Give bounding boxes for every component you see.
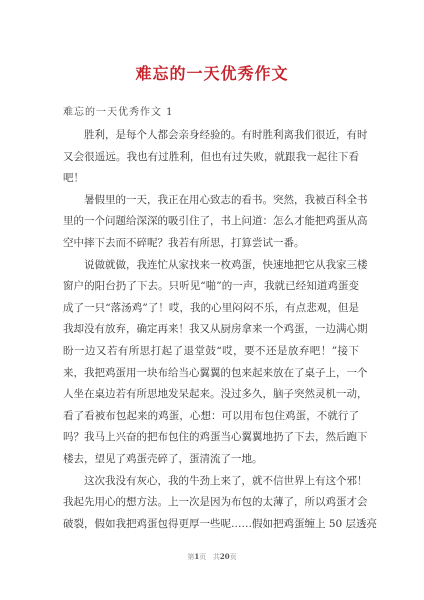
text-line: 成了一只“落汤鸡”了！哎，我的心里闷闷不乐，有点悲观，但是 — [63, 298, 359, 320]
document-title: 难忘的一天优秀作文 — [0, 61, 424, 84]
text-line: 楼去，望见了鸡蛋壳碎了，蛋清流了一地。 — [63, 449, 359, 471]
text-line: 破裂，假如我把鸡蛋包得更厚一些呢……假如把鸡蛋缠上 50 层透亮 — [63, 514, 359, 536]
essay-body: 胜利，是每个人都会亲身经验的。有时胜利离我们很近，有时又会很遥远。我也有过胜利，… — [63, 125, 359, 535]
page-unit: 页 — [199, 553, 206, 561]
text-line: 看了看被布包起来的鸡蛋，心想：可以用布包住鸡蛋，不就行了 — [63, 406, 359, 428]
text-line: 里的一个问题给深深的吸引住了，书上问道：怎么才能把鸡蛋从高 — [63, 211, 359, 233]
total-unit: 页 — [230, 553, 237, 561]
text-line: 窗户的阳台扔了下去。只听见“啪”的一声，我就已经知道鸡蛋变 — [63, 276, 359, 298]
essay-subheading: 难忘的一天优秀作文 1 — [63, 103, 174, 118]
text-line: 胜利，是每个人都会亲身经验的。有时胜利离我们很近，有时 — [63, 125, 359, 147]
text-line: 又会很遥远。我也有过胜利，但也有过失败，就跟我一起往下看 — [63, 147, 359, 169]
page-footer: 第1页 共20页 — [0, 552, 424, 562]
text-line: 这次我没有灰心，我的牛劲上来了，就不信世界上有这个邪！ — [63, 471, 359, 493]
total-prefix: 共 — [213, 553, 220, 561]
text-line: 暑假里的一天，我正在用心致志的看书。突然，我被百科全书 — [63, 190, 359, 212]
page-total: 20 — [220, 552, 230, 561]
text-line: 人坐在桌边若有所思地发呆起来。没过多久，脑子突然灵机一动， — [63, 384, 359, 406]
text-line: 我却没有放弃，确定再来！我又从厨房拿来一个鸡蛋，一边满心期 — [63, 319, 359, 341]
text-line: 来，我把鸡蛋用一块布给当心翼翼的包来起来放在了桌子上，一个 — [63, 363, 359, 385]
text-line: 说做就做，我连忙从家找来一枚鸡蛋，快速地把它从我家三楼 — [63, 255, 359, 277]
text-line: 我起先用心的想方法。上一次是因为布包的太薄了，所以鸡蛋才会 — [63, 492, 359, 514]
text-line: 盼一边又若有所思打起了退堂鼓“哎，要不还是放弃吧！”接下 — [63, 341, 359, 363]
text-line: 吗？我马上兴奋的把布包住的鸡蛋当心翼翼地扔了下去，然后跑下 — [63, 427, 359, 449]
text-line: 吧！ — [63, 168, 359, 190]
text-line: 空中摔下去而不碎呢？我若有所思，打算尝试一番。 — [63, 233, 359, 255]
